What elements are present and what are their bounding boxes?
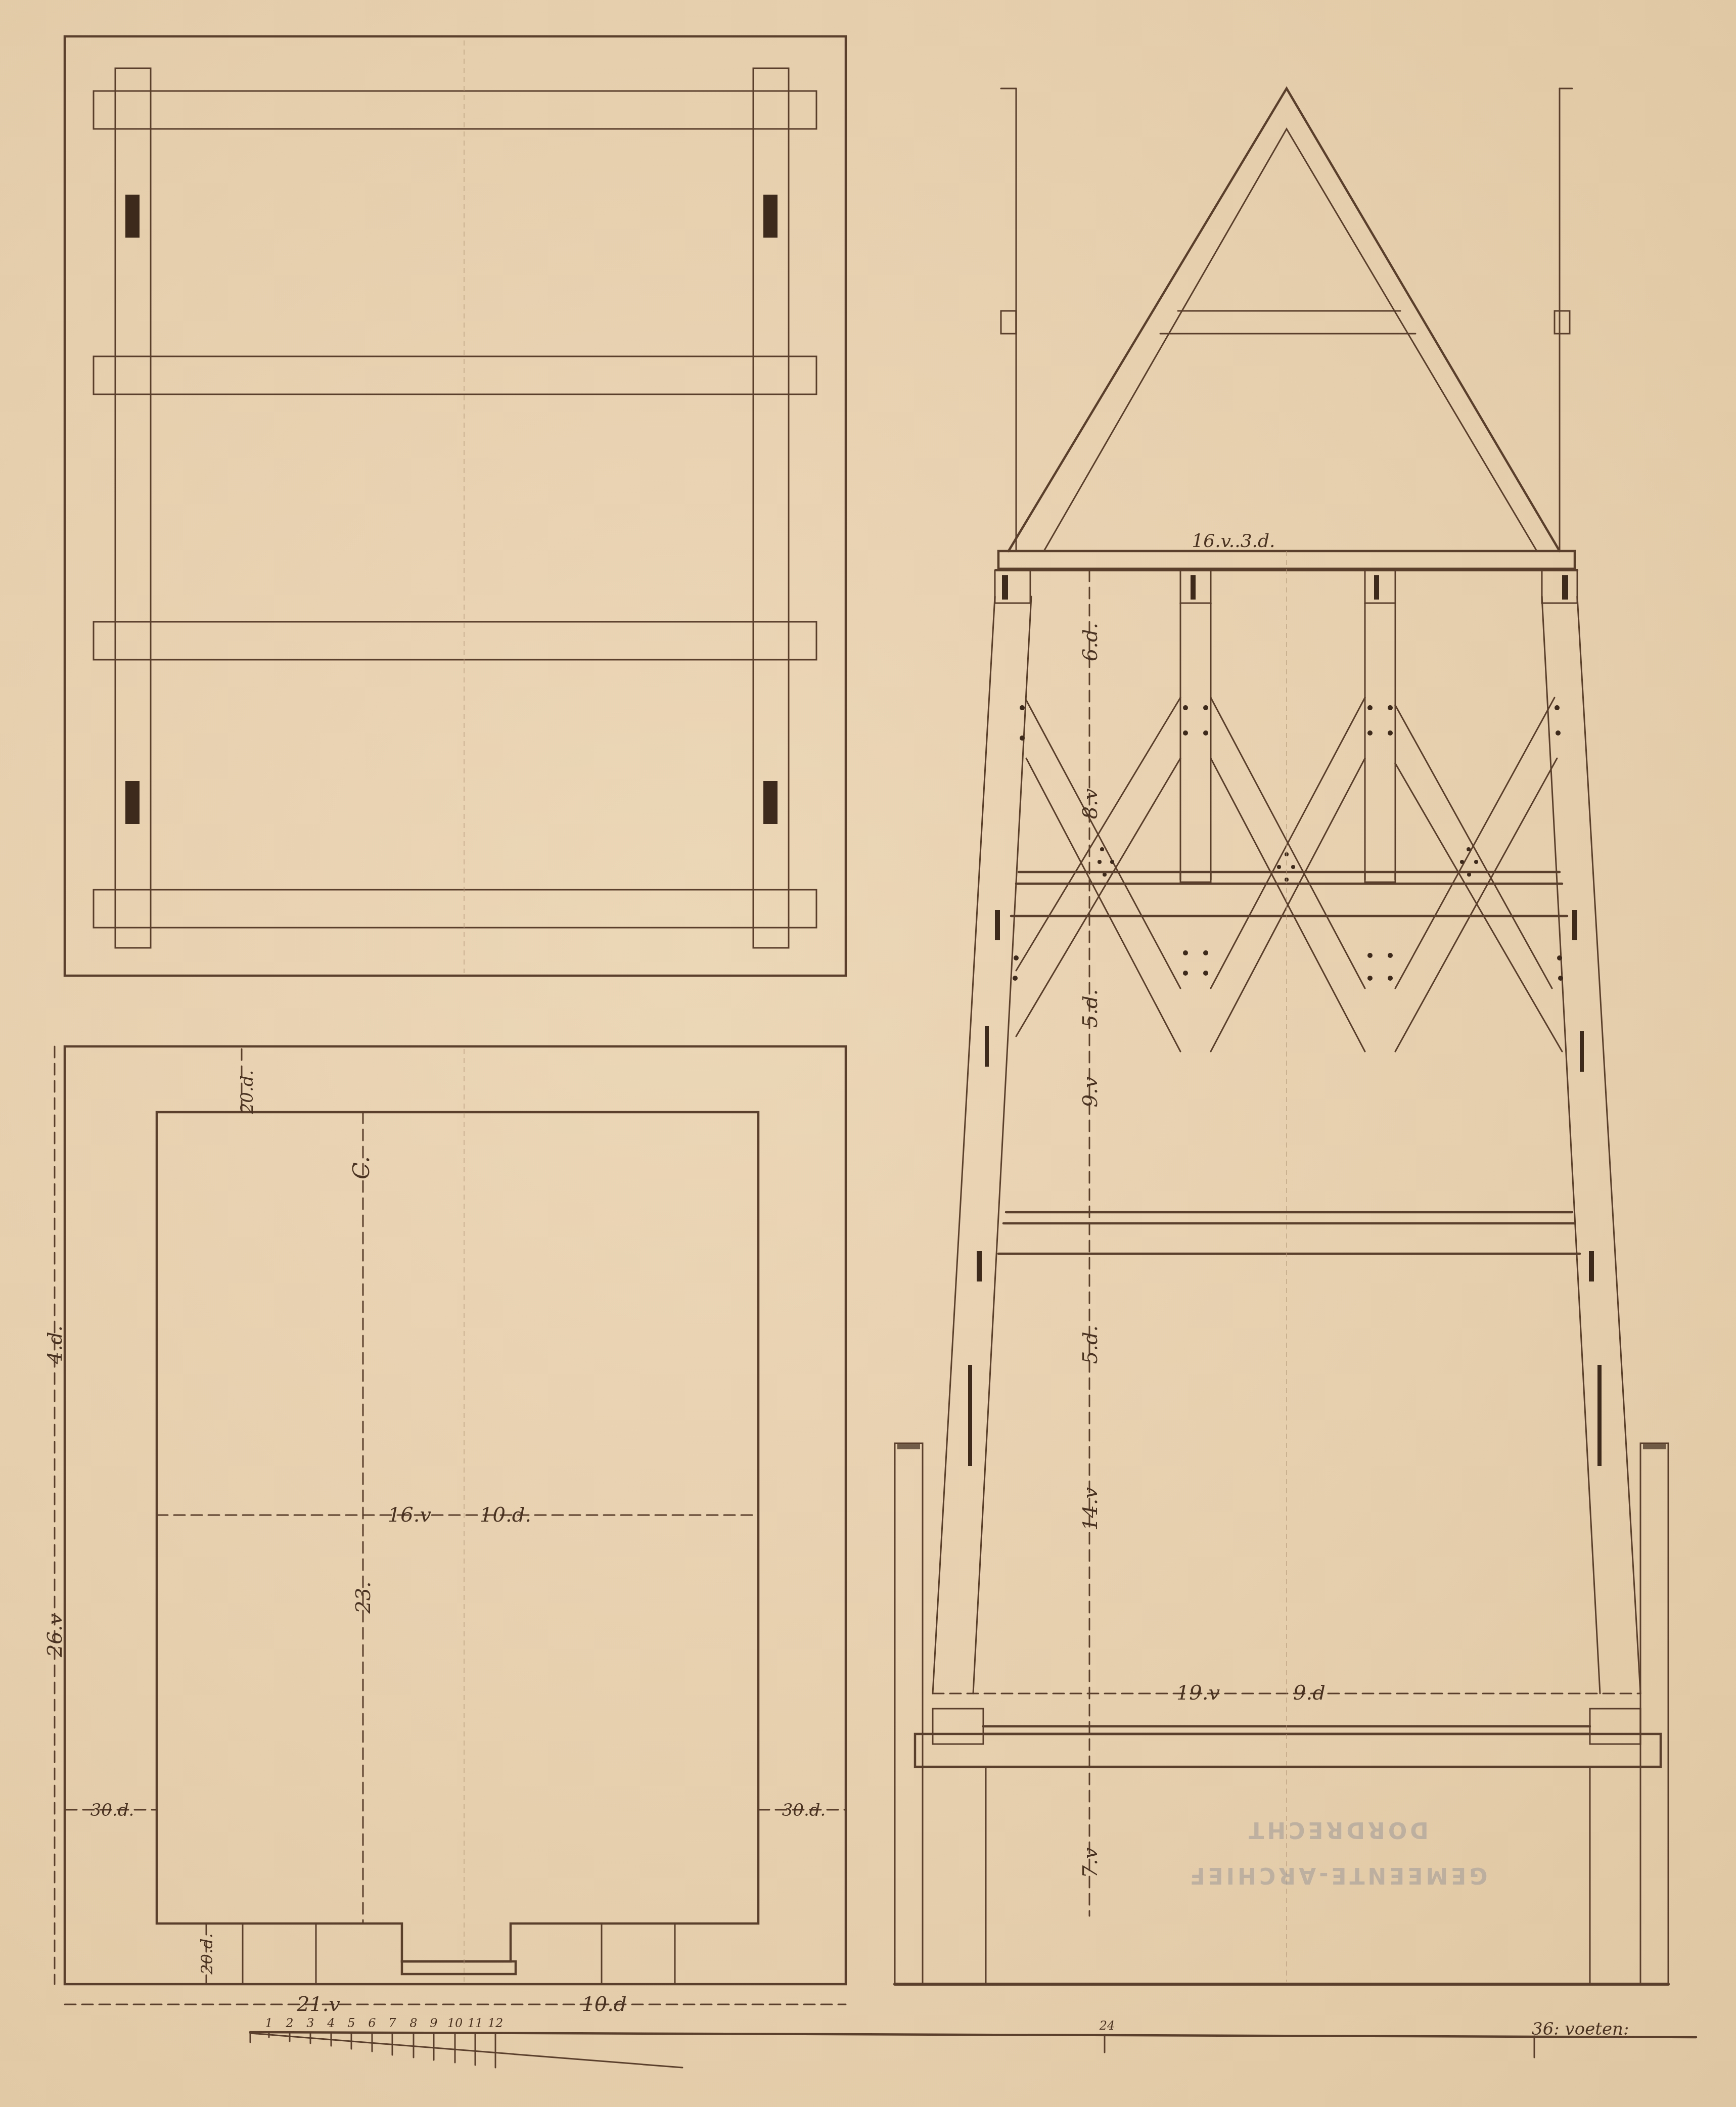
scale-bar: 1 2 3 4 5 6 7 8 9 10 11 12 24 36: voeten… bbox=[250, 2016, 1696, 2068]
scale-tick-11: 11 bbox=[468, 2016, 483, 2030]
tower-elevation: 16.v..3.d. bbox=[895, 88, 1668, 1984]
mortise-marks bbox=[125, 195, 778, 824]
dim-lower-v: 14.v bbox=[1079, 1487, 1102, 1531]
scale-tick-3: 3 bbox=[306, 2016, 314, 2030]
scale-tick-1: 1 bbox=[265, 2016, 272, 2030]
step-blocks bbox=[243, 1923, 675, 1984]
roof-truss bbox=[1001, 88, 1572, 551]
dim-bottom-step: 20.d. bbox=[197, 1933, 216, 1975]
dim-lower-d: 5.d. bbox=[1079, 1325, 1102, 1364]
lower-cross-beams bbox=[998, 872, 1580, 1254]
dim-inner-width-v: 16.v bbox=[388, 1503, 432, 1527]
scale-tick-10: 10 bbox=[447, 2016, 463, 2030]
dim-top-margin: 20.d. bbox=[237, 1070, 257, 1115]
dim-top-beam: 16.v..3.d. bbox=[1192, 531, 1275, 552]
bottom-plan-view: 20.d. C. 23. 16.v 10.d. 30.d. 30.d. 20.d… bbox=[43, 1046, 846, 2016]
cross-beams bbox=[94, 91, 816, 928]
scale-tick-6: 6 bbox=[368, 2016, 376, 2030]
top-plan-view bbox=[65, 36, 846, 976]
scale-tick-7: 7 bbox=[388, 2016, 396, 2030]
scale-mid-label: 24 bbox=[1099, 2019, 1115, 2033]
dim-overall-height-d: 4.d. bbox=[43, 1325, 67, 1364]
dim-middle-v: 9.v bbox=[1079, 1076, 1102, 1107]
dim-inner-feet: C. bbox=[349, 1156, 375, 1179]
stamp-line1: GEMEENTE-ARCHIEF bbox=[1187, 1862, 1488, 1888]
scale-tick-4: 4 bbox=[327, 2016, 335, 2030]
dim-overall-width-d: 10.d bbox=[581, 1993, 626, 2016]
inner-posts bbox=[1180, 603, 1395, 880]
dim-base-d: 9.d bbox=[1293, 1681, 1326, 1705]
dim-bracing-d: 6.d. bbox=[1079, 623, 1102, 661]
inner-room-outline bbox=[157, 1112, 758, 1961]
scale-tick-5: 5 bbox=[347, 2016, 355, 2030]
scale-tick-2: 2 bbox=[285, 2016, 293, 2030]
base-sill bbox=[895, 1709, 1668, 1984]
drawing-sheet: 20.d. C. 23. 16.v 10.d. 30.d. 30.d. 20.d… bbox=[0, 0, 1736, 2107]
dim-inner-height: 23. bbox=[352, 1581, 375, 1614]
stamp-line2: DORDRECHT bbox=[1246, 1817, 1428, 1843]
scale-tick-8: 8 bbox=[409, 2016, 417, 2030]
technical-drawing: 20.d. C. 23. 16.v 10.d. 30.d. 30.d. 20.d… bbox=[0, 0, 1736, 2107]
dim-overall-height-v: 26.v bbox=[43, 1613, 67, 1658]
scale-tick-12: 12 bbox=[488, 2016, 504, 2030]
dim-overall-width-v: 21.v bbox=[296, 1993, 341, 2016]
leg-mortise-marks bbox=[968, 910, 1602, 1466]
archive-stamp: GEMEENTE-ARCHIEF DORDRECHT bbox=[1187, 1817, 1488, 1888]
dim-bracing-v: 8.v bbox=[1079, 788, 1102, 819]
scale-tick-9: 9 bbox=[430, 2016, 437, 2030]
scale-end-label: 36: voeten: bbox=[1532, 2019, 1629, 2039]
side-walls bbox=[895, 1443, 1668, 1984]
dim-middle-d: 5.d. bbox=[1079, 989, 1102, 1028]
dim-left-margin: 30.d. bbox=[90, 1800, 134, 1820]
dim-right-margin: 30.d. bbox=[782, 1800, 826, 1820]
dim-base-v: 19.v bbox=[1176, 1681, 1220, 1705]
top-plan-frame bbox=[65, 36, 846, 976]
dim-foundation: 7.v bbox=[1079, 1847, 1102, 1878]
dim-inner-width-d: 10.d. bbox=[480, 1503, 531, 1527]
